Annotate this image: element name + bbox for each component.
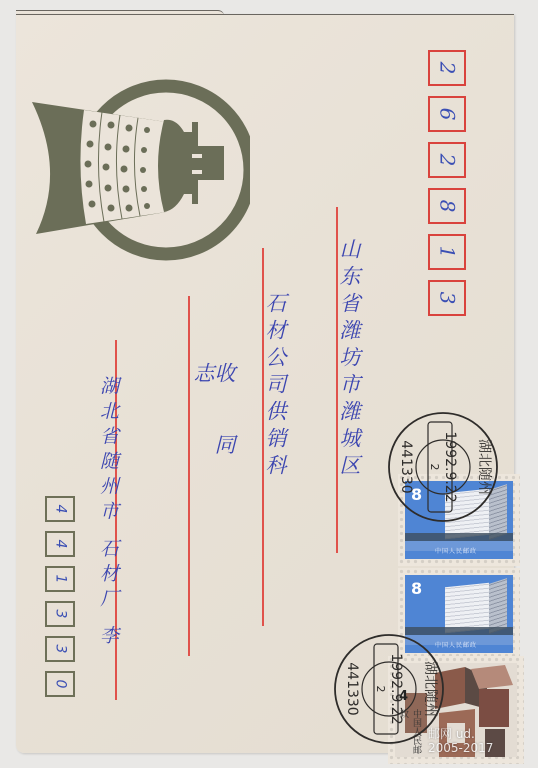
- bronze-bell-emblem-icon: [26, 62, 250, 268]
- site-watermark: 邮网 ud. 2005-2017: [428, 727, 493, 755]
- address-guide-line: [188, 296, 190, 656]
- postcode-digit-box: 0: [45, 671, 75, 697]
- postcode-digit-box: 4: [45, 531, 75, 557]
- svg-text:441330: 441330: [344, 662, 360, 715]
- postcode-digit-box: 3: [428, 280, 466, 316]
- svg-text:湖北随州: 湖北随州: [422, 661, 438, 717]
- postcode-digit-box: 3: [45, 636, 75, 662]
- postmark-upper: 1992.9.22 2 441330 湖北随州: [384, 408, 502, 526]
- watermark-line-2: 2005-2017: [428, 741, 493, 755]
- sender-address: 湖北省随州市 石材厂 李: [98, 376, 117, 706]
- svg-text:441330: 441330: [398, 440, 414, 493]
- svg-text:湖北随州: 湖北随州: [476, 439, 492, 495]
- building-side: [489, 578, 507, 634]
- postcode-digit-box: 2: [428, 50, 466, 86]
- svg-text:1992.9.22: 1992.9.22: [388, 653, 404, 724]
- postcode-digit-box: 1: [428, 234, 466, 270]
- watermark-line-1: 邮网 ud.: [428, 727, 493, 741]
- svg-text:2: 2: [374, 686, 387, 693]
- postcode-digit-box: 4: [45, 496, 75, 522]
- postcode-digit-box: 2: [428, 142, 466, 178]
- postcode-digit-box: 1: [45, 566, 75, 592]
- postcode-digit-box: 3: [45, 601, 75, 627]
- postcode-digit-box: 6: [428, 96, 466, 132]
- postcode-digit-box: 8: [428, 188, 466, 224]
- svg-text:1992.9.22: 1992.9.22: [442, 431, 458, 502]
- recipient-postcode: 2 6 2 8 1 3: [428, 50, 472, 326]
- recipient-address-line-1: 山东省潍坊市潍城区: [338, 238, 359, 538]
- building-illustration: [445, 583, 489, 634]
- recipient-address-line-2: 石材公司供销科: [264, 292, 285, 592]
- sender-postcode: 4 4 1 3 3 0: [45, 496, 85, 706]
- recipient-name-line: 收 同志: [192, 362, 234, 502]
- svg-text:2: 2: [428, 464, 441, 471]
